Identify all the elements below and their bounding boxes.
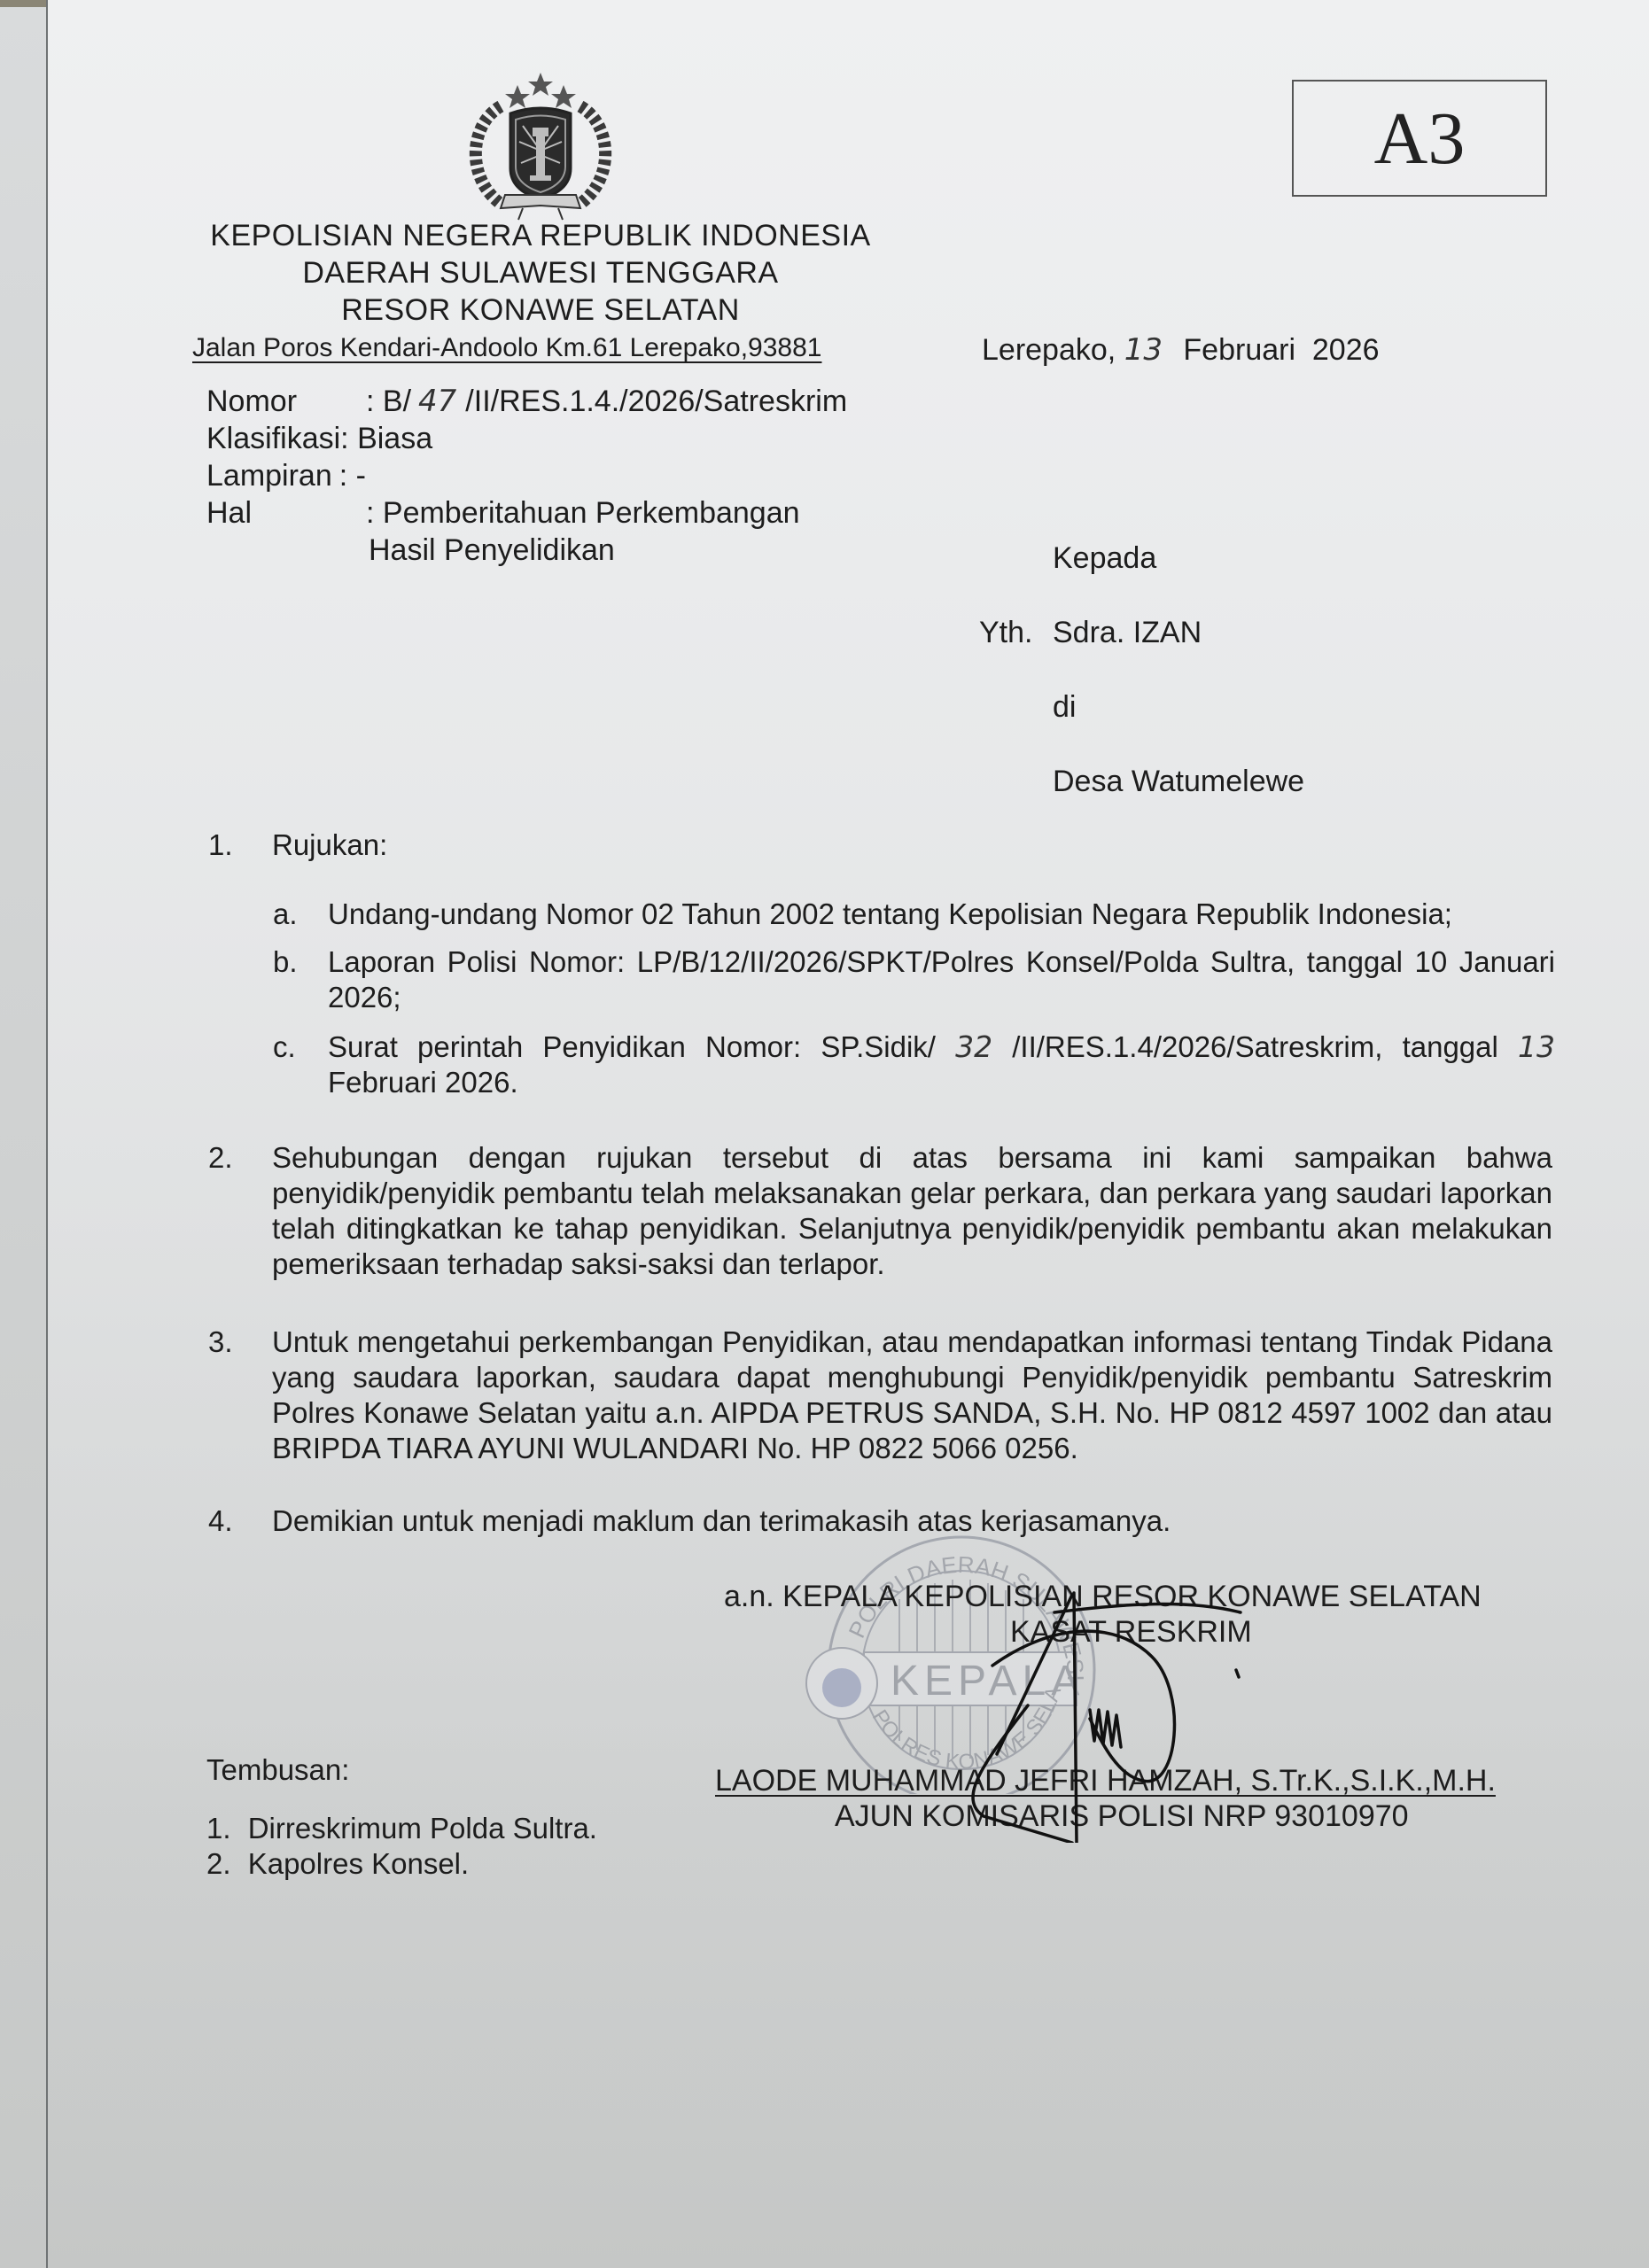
subitem-text: Surat perintah Penyidikan Nomor: SP.Sidi… <box>328 1029 1555 1100</box>
item-number: 3. <box>208 1324 233 1360</box>
sprint-text-c: Februari 2026. <box>328 1066 518 1099</box>
hal-value-line2: Hasil Penyelidikan <box>369 532 615 569</box>
letter-meta: Nomor : B/ 47 /II/RES.1.4./2026/Satreskr… <box>206 383 847 569</box>
classification-code-box: A3 <box>1292 80 1547 197</box>
tembusan-item-text: Kapolres Konsel. <box>248 1847 469 1880</box>
meta-hal: Hal : Pemberitahuan Perkembangan <box>206 494 847 532</box>
meta-lampiran: Lampiran : - <box>206 457 847 494</box>
subitem-letter: a. <box>273 897 298 932</box>
kepada-label: Kepada <box>1053 540 1156 576</box>
tembusan-item: 2. Kapolres Konsel. <box>206 1846 597 1882</box>
item-title: Rujukan: <box>272 827 387 863</box>
subitem-text: Undang-undang Nomor 02 Tahun 2002 tentan… <box>328 897 1555 932</box>
sprint-text-a: Surat perintah Penyidikan Nomor: SP.Sidi… <box>328 1030 955 1063</box>
place-date: Lerepako, 13 Februari 2026 <box>982 332 1380 368</box>
meta-nomor: Nomor : B/ 47 /II/RES.1.4./2026/Satreskr… <box>206 383 847 420</box>
lampiran-value: : - <box>339 457 366 494</box>
org-name-line1: KEPOLISIAN NEGERA REPUBLIK INDONESIA <box>186 217 895 254</box>
subitem-text: Laporan Polisi Nomor: LP/B/12/II/2026/SP… <box>328 944 1555 1015</box>
tembusan-item-num: 2. <box>206 1847 231 1880</box>
hal-value-line1: : Pemberitahuan Perkembangan <box>366 494 800 532</box>
back-page-tab <box>0 0 46 7</box>
sprint-number-handwritten: 32 <box>955 1029 992 1064</box>
tembusan-title: Tembusan: <box>206 1752 597 1788</box>
back-page-edge <box>0 0 48 2268</box>
handwritten-signature-icon <box>851 1559 1347 1843</box>
body-item-2: 2. Sehubungan dengan rujukan tersebut di… <box>208 1140 1555 1291</box>
tembusan-item-text: Dirreskrimum Polda Sultra. <box>248 1812 597 1845</box>
classification-code: A3 <box>1374 96 1466 182</box>
body-item-1: 1. Rujukan: a. Undang-undang Nomor 02 Ta… <box>208 827 1555 1111</box>
date-day-handwritten: 13 <box>1124 332 1163 368</box>
subitem-letter: b. <box>273 944 298 980</box>
tembusan-item: 1. Dirreskrimum Polda Sultra. <box>206 1811 597 1846</box>
meta-klasifikasi: Klasifikasi : Biasa <box>206 420 847 457</box>
klasifikasi-label: Klasifikasi <box>206 420 340 457</box>
body-item-3: 3. Untuk mengetahui perkembangan Penyidi… <box>208 1324 1555 1475</box>
letterhead-address: Jalan Poros Kendari-Andoolo Km.61 Lerepa… <box>192 332 821 364</box>
meta-hal-cont: Hasil Penyelidikan <box>206 532 847 569</box>
tembusan-item-num: 1. <box>206 1812 231 1845</box>
nomor-label: Nomor <box>206 383 366 420</box>
yth-label: Yth. <box>979 615 1032 650</box>
org-name-line3: RESOR KONAWE SELATAN <box>186 291 895 329</box>
nomor-suffix: /II/RES.1.4./2026/Satreskrim <box>465 383 847 420</box>
tembusan-block: Tembusan: 1. Dirreskrimum Polda Sultra. … <box>206 1752 597 1882</box>
di-label: di <box>1053 689 1076 725</box>
lampiran-label: Lampiran <box>206 457 332 494</box>
nomor-prefix: : B/ <box>366 383 411 420</box>
place: Lerepako, <box>982 333 1116 367</box>
item-number: 4. <box>208 1503 233 1539</box>
org-name-line2: DAERAH SULAWESI TENGGARA <box>186 254 895 291</box>
item-number: 2. <box>208 1140 233 1176</box>
police-emblem-icon <box>452 71 629 221</box>
hal-label: Hal <box>206 494 366 532</box>
item-text: Untuk mengetahui perkembangan Penyidikan… <box>272 1324 1552 1466</box>
recipient-location: Desa Watumelewe <box>1053 764 1304 799</box>
sprint-text-b: /II/RES.1.4/2026/Satreskrim, tanggal <box>992 1030 1518 1063</box>
subitem-letter: c. <box>273 1029 296 1065</box>
letterhead: KEPOLISIAN NEGERA REPUBLIK INDONESIA DAE… <box>186 217 895 329</box>
item-number: 1. <box>208 827 233 863</box>
recipient-name: Sdra. IZAN <box>1053 615 1202 650</box>
date-month-year: Februari 2026 <box>1183 333 1379 367</box>
klasifikasi-value: : Biasa <box>340 420 432 457</box>
nomor-handwritten: 47 <box>418 383 456 420</box>
item-text: Sehubungan dengan rujukan tersebut di at… <box>272 1140 1552 1282</box>
sprint-day-handwritten: 13 <box>1518 1029 1555 1064</box>
